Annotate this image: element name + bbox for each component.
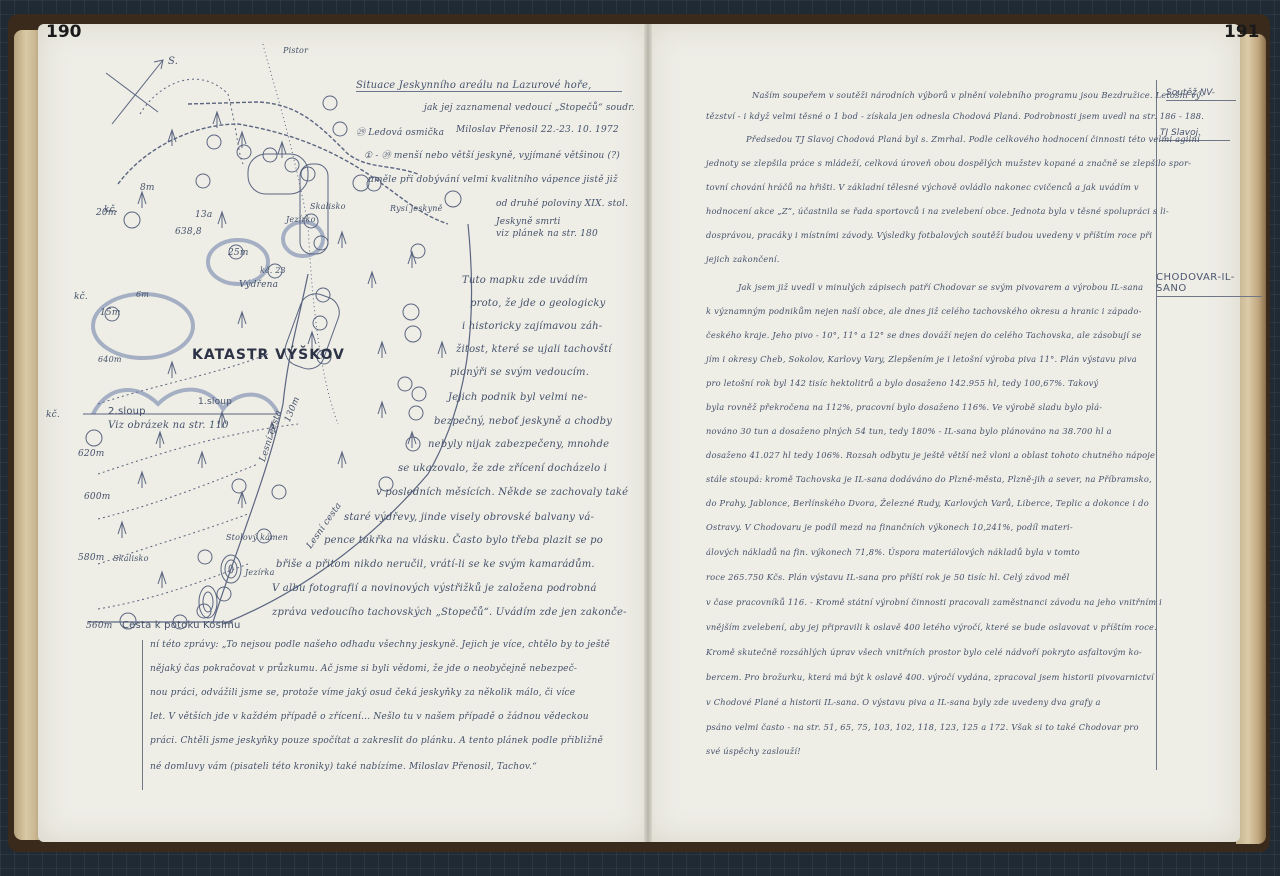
right-p3-line-19: psáno velmi často - na str. 51, 65, 75, … xyxy=(706,722,1139,732)
right-p3-line-1: Jak jsem již uvedl v minulých zápisech p… xyxy=(738,282,1143,292)
right-p3-line-14: v čase pracovníků 116. - Kromě státní vý… xyxy=(706,597,1162,607)
map-label-vydrena: Výdřena xyxy=(239,280,278,290)
map-label-20m: 20m xyxy=(96,208,117,218)
right-p1-line-2: tězství - i když velmi těsné o 1 bod - z… xyxy=(706,111,1204,121)
map-label-pistor: Pistor xyxy=(283,46,308,55)
right-p3-line-9: stále stoupá: kromě Tachovska je IL-sana… xyxy=(706,474,1152,484)
right-p3-line-17: bercem. Pro brožurku, která má být k osl… xyxy=(706,672,1154,682)
left-body-line-4: žitost, které se ujali tachovští xyxy=(456,344,612,355)
right-p1-line-1: Naším soupeřem v soutěži národních výbor… xyxy=(752,90,1204,100)
map-label-2-sloup: 2.sloup xyxy=(108,406,146,417)
map-label-6m: 6m xyxy=(136,290,149,299)
map-label-jezirka: Jezírka xyxy=(245,568,275,577)
right-p2-line-6: jejich zakončení. xyxy=(706,254,780,264)
page-edges-right xyxy=(1236,34,1266,844)
right-p3-line-15: vnějším zvelebení, aby jej připravili k … xyxy=(706,622,1157,632)
map-label-620m: 620m xyxy=(78,449,105,459)
left-quote-line-6: né domluvy vám (pisateli této kroniky) t… xyxy=(150,762,537,772)
quote-margin-line xyxy=(142,640,143,790)
map-desc-line-4: uměle při dobývání velmi kvalitního vápe… xyxy=(368,175,618,185)
right-p3-line-13: roce 265.750 Kčs. Plán výstavu IL-sana p… xyxy=(706,572,1069,582)
left-quote-line-2: nějaký čas pokračovat v průzkumu. Ač jsm… xyxy=(150,664,577,674)
right-p3-line-16: Kromě skutečně rozsáhlých úprav všech vn… xyxy=(706,647,1142,657)
map-label-viz-obrazek: Viz obrázek na str. 110 xyxy=(108,420,229,431)
map-desc-line-1: jak jej zaznamenal vedoucí „Stopečů“ sou… xyxy=(424,103,635,113)
left-quote-line-1: ní této zprávy: „To nejsou podle našeho … xyxy=(150,640,610,650)
left-body-line-10: v posledních měsících. Někde se zachoval… xyxy=(376,487,628,498)
map-label-8m: 8m xyxy=(140,183,155,193)
left-body-line-12: pence takřka na vlásku. Často bylo třeba… xyxy=(324,535,603,546)
map-label-1-sloup: 1.sloup xyxy=(198,397,232,407)
page-number-right: 191 xyxy=(1224,22,1260,42)
map-label-skalisko-top: Skalisko xyxy=(310,202,346,211)
left-body-line-14: V albu fotografií a novinových výstřižků… xyxy=(272,583,597,594)
right-p2-line-2: jednoty se zlepšila práce s mládeží, cel… xyxy=(706,158,1191,168)
map-label-ko-left: kč. xyxy=(74,292,88,302)
map-label-580m: 580m xyxy=(78,553,105,563)
map-label-rysi-jeskyne: Rysí jeskyně xyxy=(390,204,443,213)
right-p3-line-2: k významným podnikům nejen naší obce, al… xyxy=(706,306,1142,316)
left-body-line-15: zpráva vedoucího tachovských „Stopečů“. … xyxy=(272,607,627,618)
map-desc-line-6: Jeskyně smrti xyxy=(496,217,561,227)
map-label-15m: 15m xyxy=(100,308,121,318)
right-p3-line-6: byla rovněž překročena na 112%, pracovní… xyxy=(706,402,1102,412)
left-body-line-5: pionýři se svým vedoucím. xyxy=(450,367,589,378)
map-label-stolovy-kamen: Stolový kámen xyxy=(226,533,288,542)
left-body-line-9: se ukazovalo, že zde zřícení docházelo i xyxy=(398,463,607,474)
right-p3-line-11: Ostravy. V Chodovaru je podíl mezd na fi… xyxy=(706,522,1073,532)
margin-note-chodovar: CHODOVAR-IL-SANO xyxy=(1156,272,1262,297)
left-body-line-1: Tuto mapku zde uvádím xyxy=(462,275,588,286)
right-p3-line-18: v Chodové Plané a historii IL-sana. O vý… xyxy=(706,697,1101,707)
map-desc-line-3: ① - ㊴ menší nebo větší jeskyně, vyjímané… xyxy=(364,148,620,161)
left-body-line-7: bezpečný, neboť jeskyně a chodby xyxy=(434,416,612,427)
left-body-line-3: i historicky zajímavou záh- xyxy=(462,321,602,332)
map-desc-line-5: od druhé poloviny XIX. stol. xyxy=(496,199,628,209)
map-desc-line-7: viz plánek na str. 180 xyxy=(496,229,598,239)
right-p3-line-7: nováno 30 tun a dosaženo plných 54 tun, … xyxy=(706,426,1112,436)
right-margin-line xyxy=(1156,80,1157,770)
left-body-line-6: Jejich podnik byl velmi ne- xyxy=(448,392,587,403)
right-p2-line-3: tovní chování hráčů na hřišti. V základn… xyxy=(706,182,1139,192)
map-callout-ledova: ㉙ Ledová osmička xyxy=(356,125,444,138)
map-north-label: S. xyxy=(168,56,178,67)
map-label-jezirko: Jezírko xyxy=(286,215,316,224)
right-p2-line-1: Předsedou TJ Slavoj Chodová Planá byl s.… xyxy=(746,134,1200,144)
right-p3-line-12: álových nákladů na fin. výkonech 71,8%. … xyxy=(706,547,1080,557)
map-label-ko-11: kč. xyxy=(46,410,60,420)
left-body-line-8: nebyly nijak zabezpečeny, mnohde xyxy=(428,439,609,450)
left-body-line-2: proto, že jde o geologicky xyxy=(470,298,605,309)
map-label-560m: 560m xyxy=(86,621,113,631)
map-label-600m: 600m xyxy=(84,492,111,502)
map-main-label: KATASTR VÝŠKOV xyxy=(192,347,345,363)
right-p3-line-5: pro letošní rok byl 142 tisíc hektolitrů… xyxy=(706,378,1098,388)
right-p3-line-3: českého kraje. Jeho pivo - 10°, 11° a 12… xyxy=(706,330,1141,340)
left-quote-line-4: let. V větších jde v každém případě o zř… xyxy=(150,712,589,722)
right-p3-line-20: své úspěchy zaslouží! xyxy=(706,746,801,756)
map-label-skalisko: Skalisko xyxy=(113,554,149,563)
map-label-elevation-638: 638,8 xyxy=(175,227,202,237)
right-p2-line-4: hodnocení akce „Z“, účastnila se řada sp… xyxy=(706,206,1169,216)
right-p3-line-4: jím i okresy Cheb, Sokolov, Karlovy Vary… xyxy=(706,354,1137,364)
map-title: Situace Jeskynního areálu na Lazurové ho… xyxy=(356,80,622,92)
map-label-cesta-k-potoku: Cesta k potoku Kosímu xyxy=(122,620,241,631)
right-p2-line-5: dosprávou, pracáky i místními závody. Vý… xyxy=(706,230,1152,240)
left-body-line-11: staré výdřevy, jinde visely obrovské bal… xyxy=(344,512,594,523)
left-quote-line-3: nou práci, odvážili jsme se, protože vím… xyxy=(150,688,575,698)
map-label-13a: 13a xyxy=(195,210,212,220)
right-p3-line-10: do Prahy, Jablonce, Berlínského Dvora, Ž… xyxy=(706,498,1149,508)
map-label-ko-23: kč. 23 xyxy=(260,266,286,275)
map-label-25m: 25m xyxy=(228,248,249,258)
left-quote-line-5: práci. Chtěli jsme jeskyňky pouze spočít… xyxy=(150,736,603,746)
right-p3-line-8: dosaženo 41.027 hl tedy 106%. Rozsah odb… xyxy=(706,450,1155,460)
map-label-640m: 640m xyxy=(98,355,122,364)
map-desc-line-2: Miloslav Přenosil 22.-23. 10. 1972 xyxy=(456,125,619,135)
left-body-line-13: břiše a přitom nikdo neručil, vrátí-li s… xyxy=(276,559,595,570)
